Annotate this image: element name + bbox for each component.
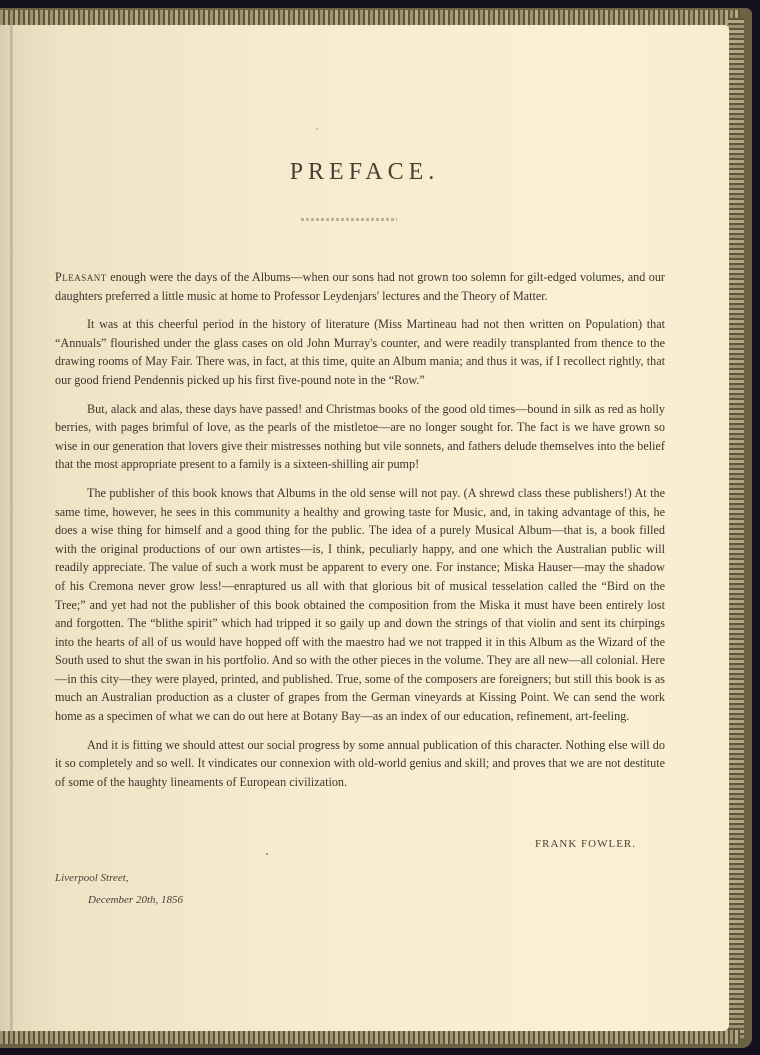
- ornamental-rule: [301, 218, 397, 221]
- paragraph: The publisher of this book knows that Al…: [55, 484, 665, 726]
- paper-speck: [316, 128, 318, 130]
- gilt-border-right: [728, 18, 744, 1038]
- author-signature: FRANK FOWLER.: [535, 838, 636, 850]
- paragraph: And it is fitting we should attest our s…: [55, 736, 665, 792]
- gilt-border-top: [0, 10, 740, 25]
- paragraph: But, alack and alas, these days have pas…: [55, 400, 665, 474]
- paragraph: Pleasant enough were the days of the Alb…: [55, 268, 665, 305]
- dateline-date: December 20th, 1856: [88, 894, 183, 906]
- paragraph: It was at this cheerful period in the hi…: [55, 315, 665, 389]
- dateline-place: Liverpool Street,: [55, 872, 129, 884]
- drop-lead-word: Pleasant: [55, 270, 107, 284]
- preface-body: Pleasant enough were the days of the Alb…: [55, 268, 665, 801]
- gilt-border-bottom: [0, 1030, 740, 1044]
- page-title: PREFACE.: [0, 159, 729, 186]
- paper-speck: [266, 853, 268, 855]
